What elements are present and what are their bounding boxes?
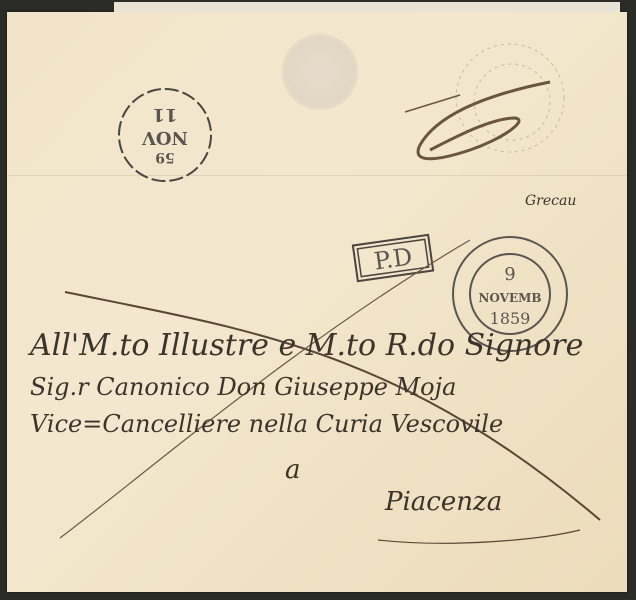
rate-mark-six xyxy=(418,82,550,159)
markings-layer: 59 NOV 11 P.D 9 NOVEMB 1859 Grecau All'M… xyxy=(0,0,636,600)
underline xyxy=(378,530,580,543)
svg-text:P.D: P.D xyxy=(372,242,414,275)
svg-text:9: 9 xyxy=(504,264,515,285)
svg-text:1859: 1859 xyxy=(490,309,531,328)
address-line-3: Vice=Cancelliere nella Curia Vescovile xyxy=(30,410,503,438)
svg-text:NOVEMB: NOVEMB xyxy=(478,291,541,305)
destination-city: Piacenza xyxy=(384,487,502,517)
svg-text:59: 59 xyxy=(155,149,174,165)
address-line-2: Sig.r Canonico Don Giuseppe Moja xyxy=(30,373,456,401)
address-line-1: All'M.to Illustre e M.to R.do Signore xyxy=(27,328,583,363)
address-line-4: a xyxy=(285,455,301,485)
svg-text:11: 11 xyxy=(152,104,177,125)
left-postmark: 59 NOV 11 xyxy=(119,89,211,181)
pd-boxed-mark: P.D xyxy=(353,235,433,281)
note-top-right: Grecau xyxy=(525,193,576,209)
svg-text:NOV: NOV xyxy=(141,127,188,148)
faint-postmark xyxy=(456,44,564,152)
